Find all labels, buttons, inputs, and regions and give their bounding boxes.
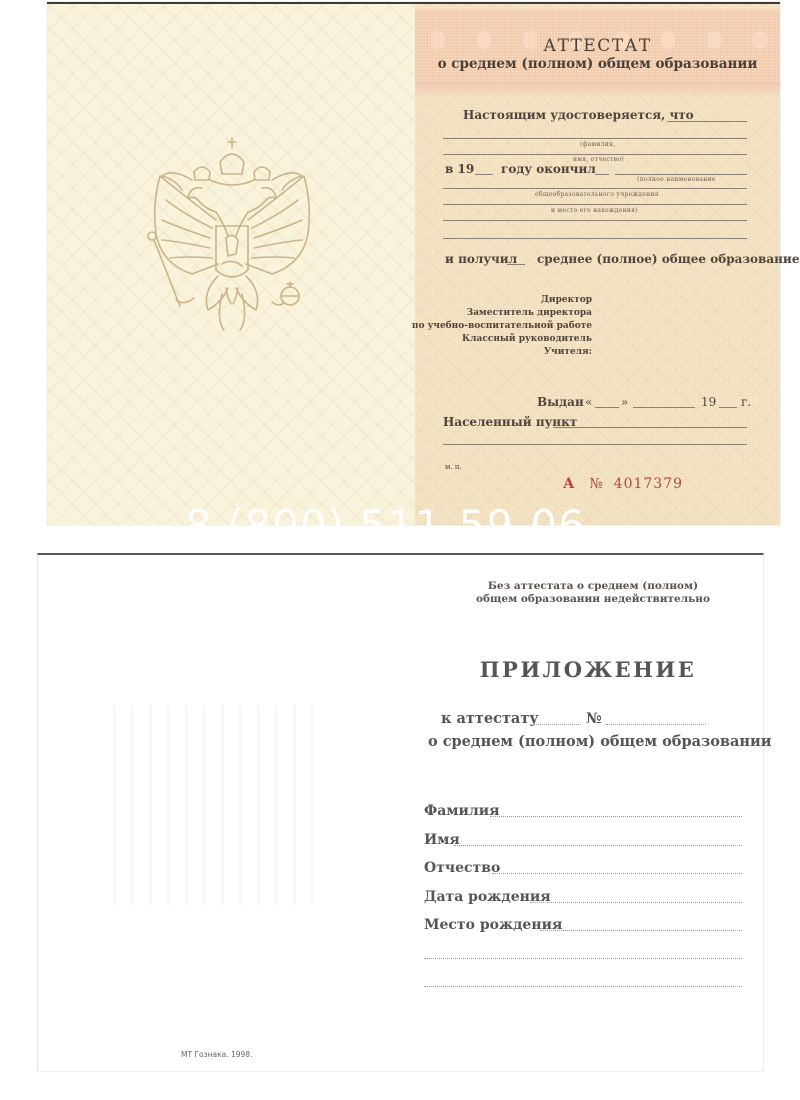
institution-line-5[interactable] (443, 238, 747, 239)
received-suffix: среднее (полное) общее образование. (537, 252, 800, 266)
certificate-series: А (563, 476, 575, 492)
certificate-cover-page (47, 4, 415, 525)
location-hint: и место его нахождения) (551, 207, 638, 214)
appendix-spread: Без аттестата о среднем (полном) общем о… (37, 553, 764, 1072)
signatory-teachers: Учителя: (412, 346, 592, 359)
certificate-title: АТТЕСТАТ (415, 36, 780, 56)
fullname-line-1[interactable] (667, 121, 747, 122)
institution-line-2[interactable] (443, 188, 747, 189)
appendix-title: ПРИЛОЖЕНИЕ (418, 657, 758, 682)
certificate-number-field[interactable] (606, 724, 706, 725)
graduated-gender-field[interactable] (595, 174, 609, 175)
birth-date-field[interactable] (530, 902, 742, 903)
issued-month-field[interactable] (633, 407, 695, 408)
signatories-block: Директор Заместитель директора по учебно… (412, 294, 592, 359)
printer-imprint: МТ Гознака. 1998. (181, 1050, 252, 1059)
full-name-hint: (полное наименование (637, 176, 716, 183)
signatory-deputy-role: по учебно-воспитательной работе (412, 320, 592, 333)
graduation-year-field[interactable] (475, 174, 493, 175)
issued-day-field[interactable] (595, 407, 619, 408)
locality-field[interactable] (553, 427, 747, 428)
year-prefix: в 19 (445, 162, 474, 176)
show-through-text (113, 705, 313, 905)
appendix-number-sign: № (586, 710, 602, 727)
phone-watermark: 8 (800) 511-59-06 (185, 500, 586, 528)
institution-line-4[interactable] (443, 220, 747, 221)
certificate-number: А№4017379 (563, 476, 683, 492)
invalid-without-certificate-note: Без аттестата о среднем (полном) общем о… (473, 580, 713, 606)
certify-label: Настоящим удостоверяется, что (463, 108, 694, 122)
birth-place-field[interactable] (540, 930, 742, 931)
graduated-label: году окончил (501, 162, 596, 176)
surname-field[interactable] (490, 816, 742, 817)
patronymic-field[interactable] (492, 873, 742, 874)
certificate-series-field[interactable] (533, 724, 581, 725)
patronymic-label: Отчество (424, 860, 500, 876)
signatory-director: Директор (412, 294, 592, 307)
certificate-subtitle: о среднем (полном) общем образовании (415, 56, 780, 72)
coat-of-arms-icon (132, 124, 332, 344)
certificate-inner-page: АТТЕСТАТ о среднем (полном) общем образо… (415, 4, 780, 525)
appendix-subtitle: о среднем (полном) общем образовании (428, 733, 772, 750)
institution-line-3[interactable] (443, 204, 747, 205)
received-gender-field[interactable] (507, 264, 525, 265)
to-certificate-label: к аттестату (441, 710, 539, 727)
certificate-spread: АТТЕСТАТ о среднем (полном) общем образо… (47, 2, 780, 525)
issued-year-field[interactable] (719, 407, 737, 408)
surname-label: Фамилия (424, 803, 500, 819)
signatory-deputy: Заместитель директора (412, 307, 592, 320)
institution-line-1[interactable] (615, 174, 747, 175)
issued-label: Выдан (537, 395, 584, 409)
seal-place-label: м. п. (445, 463, 462, 471)
issued-year-prefix: 19 (701, 395, 716, 409)
name-field[interactable] (454, 845, 742, 846)
certificate-number-value: 4017379 (614, 476, 683, 492)
birth-place-line-2[interactable] (424, 958, 742, 959)
number-sign: № (589, 476, 603, 492)
signatory-class-teacher: Классный руководитель (412, 333, 592, 346)
surname-hint: (фамилия, (580, 141, 615, 148)
fullname-line-2[interactable] (443, 138, 747, 139)
locality-line-2[interactable] (443, 444, 747, 445)
fullname-line-3[interactable] (443, 154, 747, 155)
birth-place-line-3[interactable] (424, 986, 742, 987)
institution-hint: общеобразовательного учреждения (535, 191, 659, 198)
